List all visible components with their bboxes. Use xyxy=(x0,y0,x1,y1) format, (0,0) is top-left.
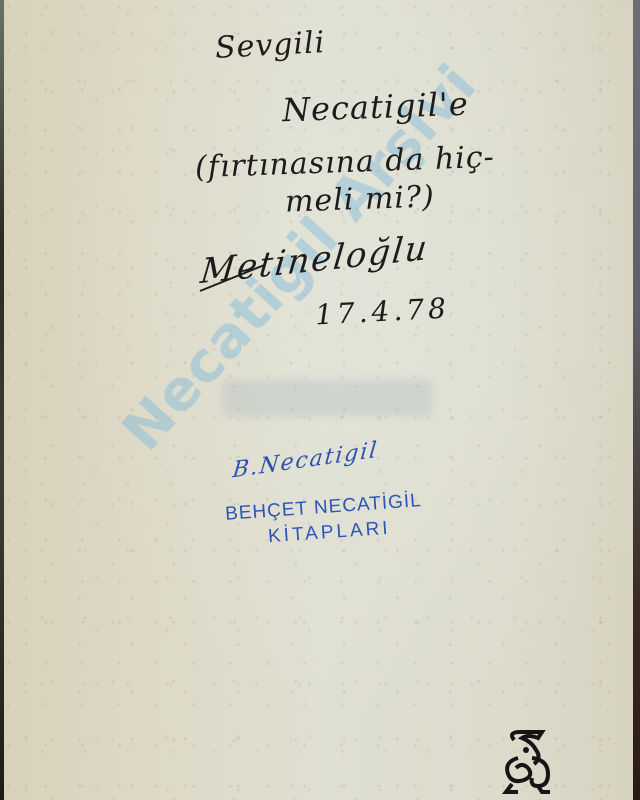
inscription-date: 17.4.78 xyxy=(314,291,450,331)
inscription-line-2: Necatigil'e xyxy=(281,85,469,129)
page-right-edge xyxy=(633,0,640,800)
inscription-line-1: Sevgili xyxy=(214,25,326,66)
publisher-monogram-icon xyxy=(498,728,558,796)
book-page-photo: Necatigil Arşivi Sevgili Necatigil'e (fı… xyxy=(0,0,640,800)
bleed-through-title xyxy=(222,380,432,416)
inscription-line-4: meli mi?) xyxy=(284,179,435,219)
